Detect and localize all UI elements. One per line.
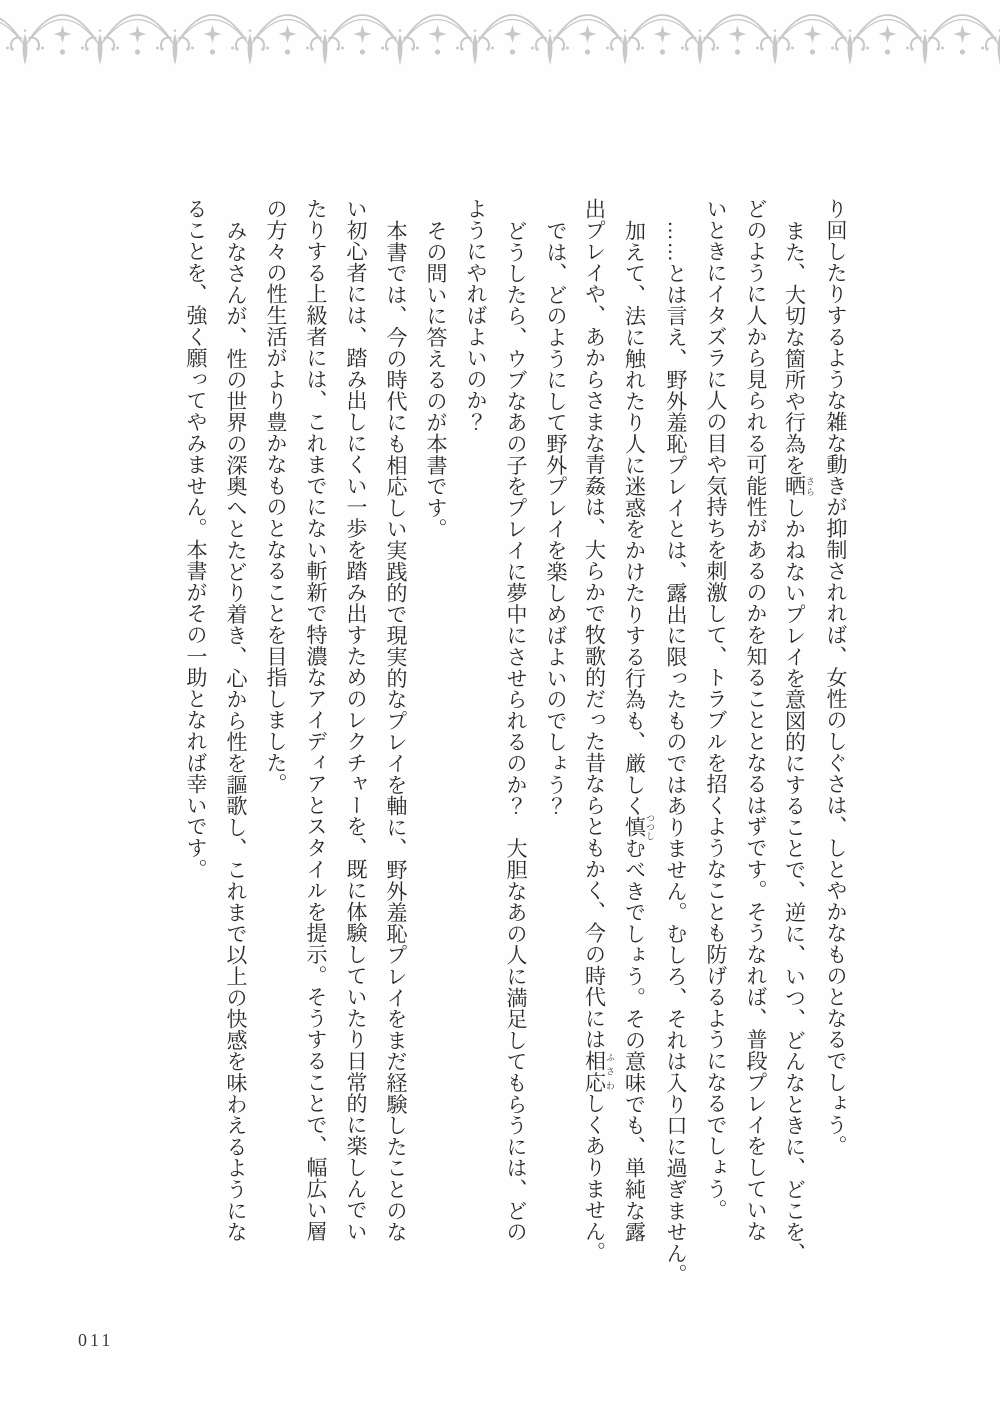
page-number: 011 xyxy=(78,1330,113,1351)
text-column: たりする上級者には、これまでにない斬新で特濃なアイディアとスタイルを提示。そうす… xyxy=(295,198,335,1246)
text-column: い初心者には、踏み出しにくい一歩を踏み出すためのレクチャーを、既に体験していたり… xyxy=(335,198,375,1246)
text-column: の方々の性生活がより豊かなものとなることを目指しました。 xyxy=(255,198,295,1246)
text-column: いときにイタズラに人の目や気持ちを刺激して、トラブルを招くようなことも防げるよう… xyxy=(695,198,735,1246)
text-column: 出プレイや、あからさまな青姦は、大らかで牧歌的だった昔ならともかく、今の時代には… xyxy=(575,198,615,1246)
lace-border-svg xyxy=(0,8,1000,70)
vertical-text-block: り回したりするような雑な動きが抑制されれば、女性のしぐさは、しとやかなものとなる… xyxy=(175,198,855,1246)
ruby-annotation: 慎つつし xyxy=(623,816,646,837)
text-column: 加えて、法に触れたり人に迷惑をかけたりする行為も、厳しく慎つつしむべきでしょう。… xyxy=(615,198,655,1246)
text-column: ……とは言え、野外羞恥プレイとは、露出に限ったものではありません。むしろ、それは… xyxy=(655,198,695,1246)
text-column: ることを、強く願ってやみません。本書がその一助となれば幸いです。 xyxy=(175,198,215,1246)
text-column: どうしたら、ウブなあの子をプレイに夢中にさせられるのか？ 大胆なあの人に満足して… xyxy=(495,198,535,1246)
text-column: ようにやればよいのか？ xyxy=(455,198,495,1246)
decorative-lace-border xyxy=(0,8,1000,70)
ruby-annotation: 相応ふさわ xyxy=(583,1050,606,1093)
text-column: その問いに答えるのが本書です。 xyxy=(415,198,455,1246)
text-column: また、大切な箇所や行為を晒さらしかねないプレイを意図的にすることで、逆に、いつ、… xyxy=(775,198,815,1246)
text-column: り回したりするような雑な動きが抑制されれば、女性のしぐさは、しとやかなものとなる… xyxy=(815,198,855,1246)
book-page: り回したりするような雑な動きが抑制されれば、女性のしぐさは、しとやかなものとなる… xyxy=(0,0,1000,1420)
text-column: では、どのようにして野外プレイを楽しめばよいのでしょう？ xyxy=(535,198,575,1246)
text-column: どのように人から見られる可能性があるのかを知ることとなるはずです。そうなれば、普… xyxy=(735,198,775,1246)
text-column: 本書では、今の時代にも相応しい実践的で現実的なプレイを軸に、野外羞恥プレイをまだ… xyxy=(375,198,415,1246)
ruby-annotation: 晒さら xyxy=(783,475,806,496)
text-column: みなさんが、性の世界の深奥へとたどり着き、心から性を謳歌し、これまで以上の快感を… xyxy=(215,198,255,1246)
